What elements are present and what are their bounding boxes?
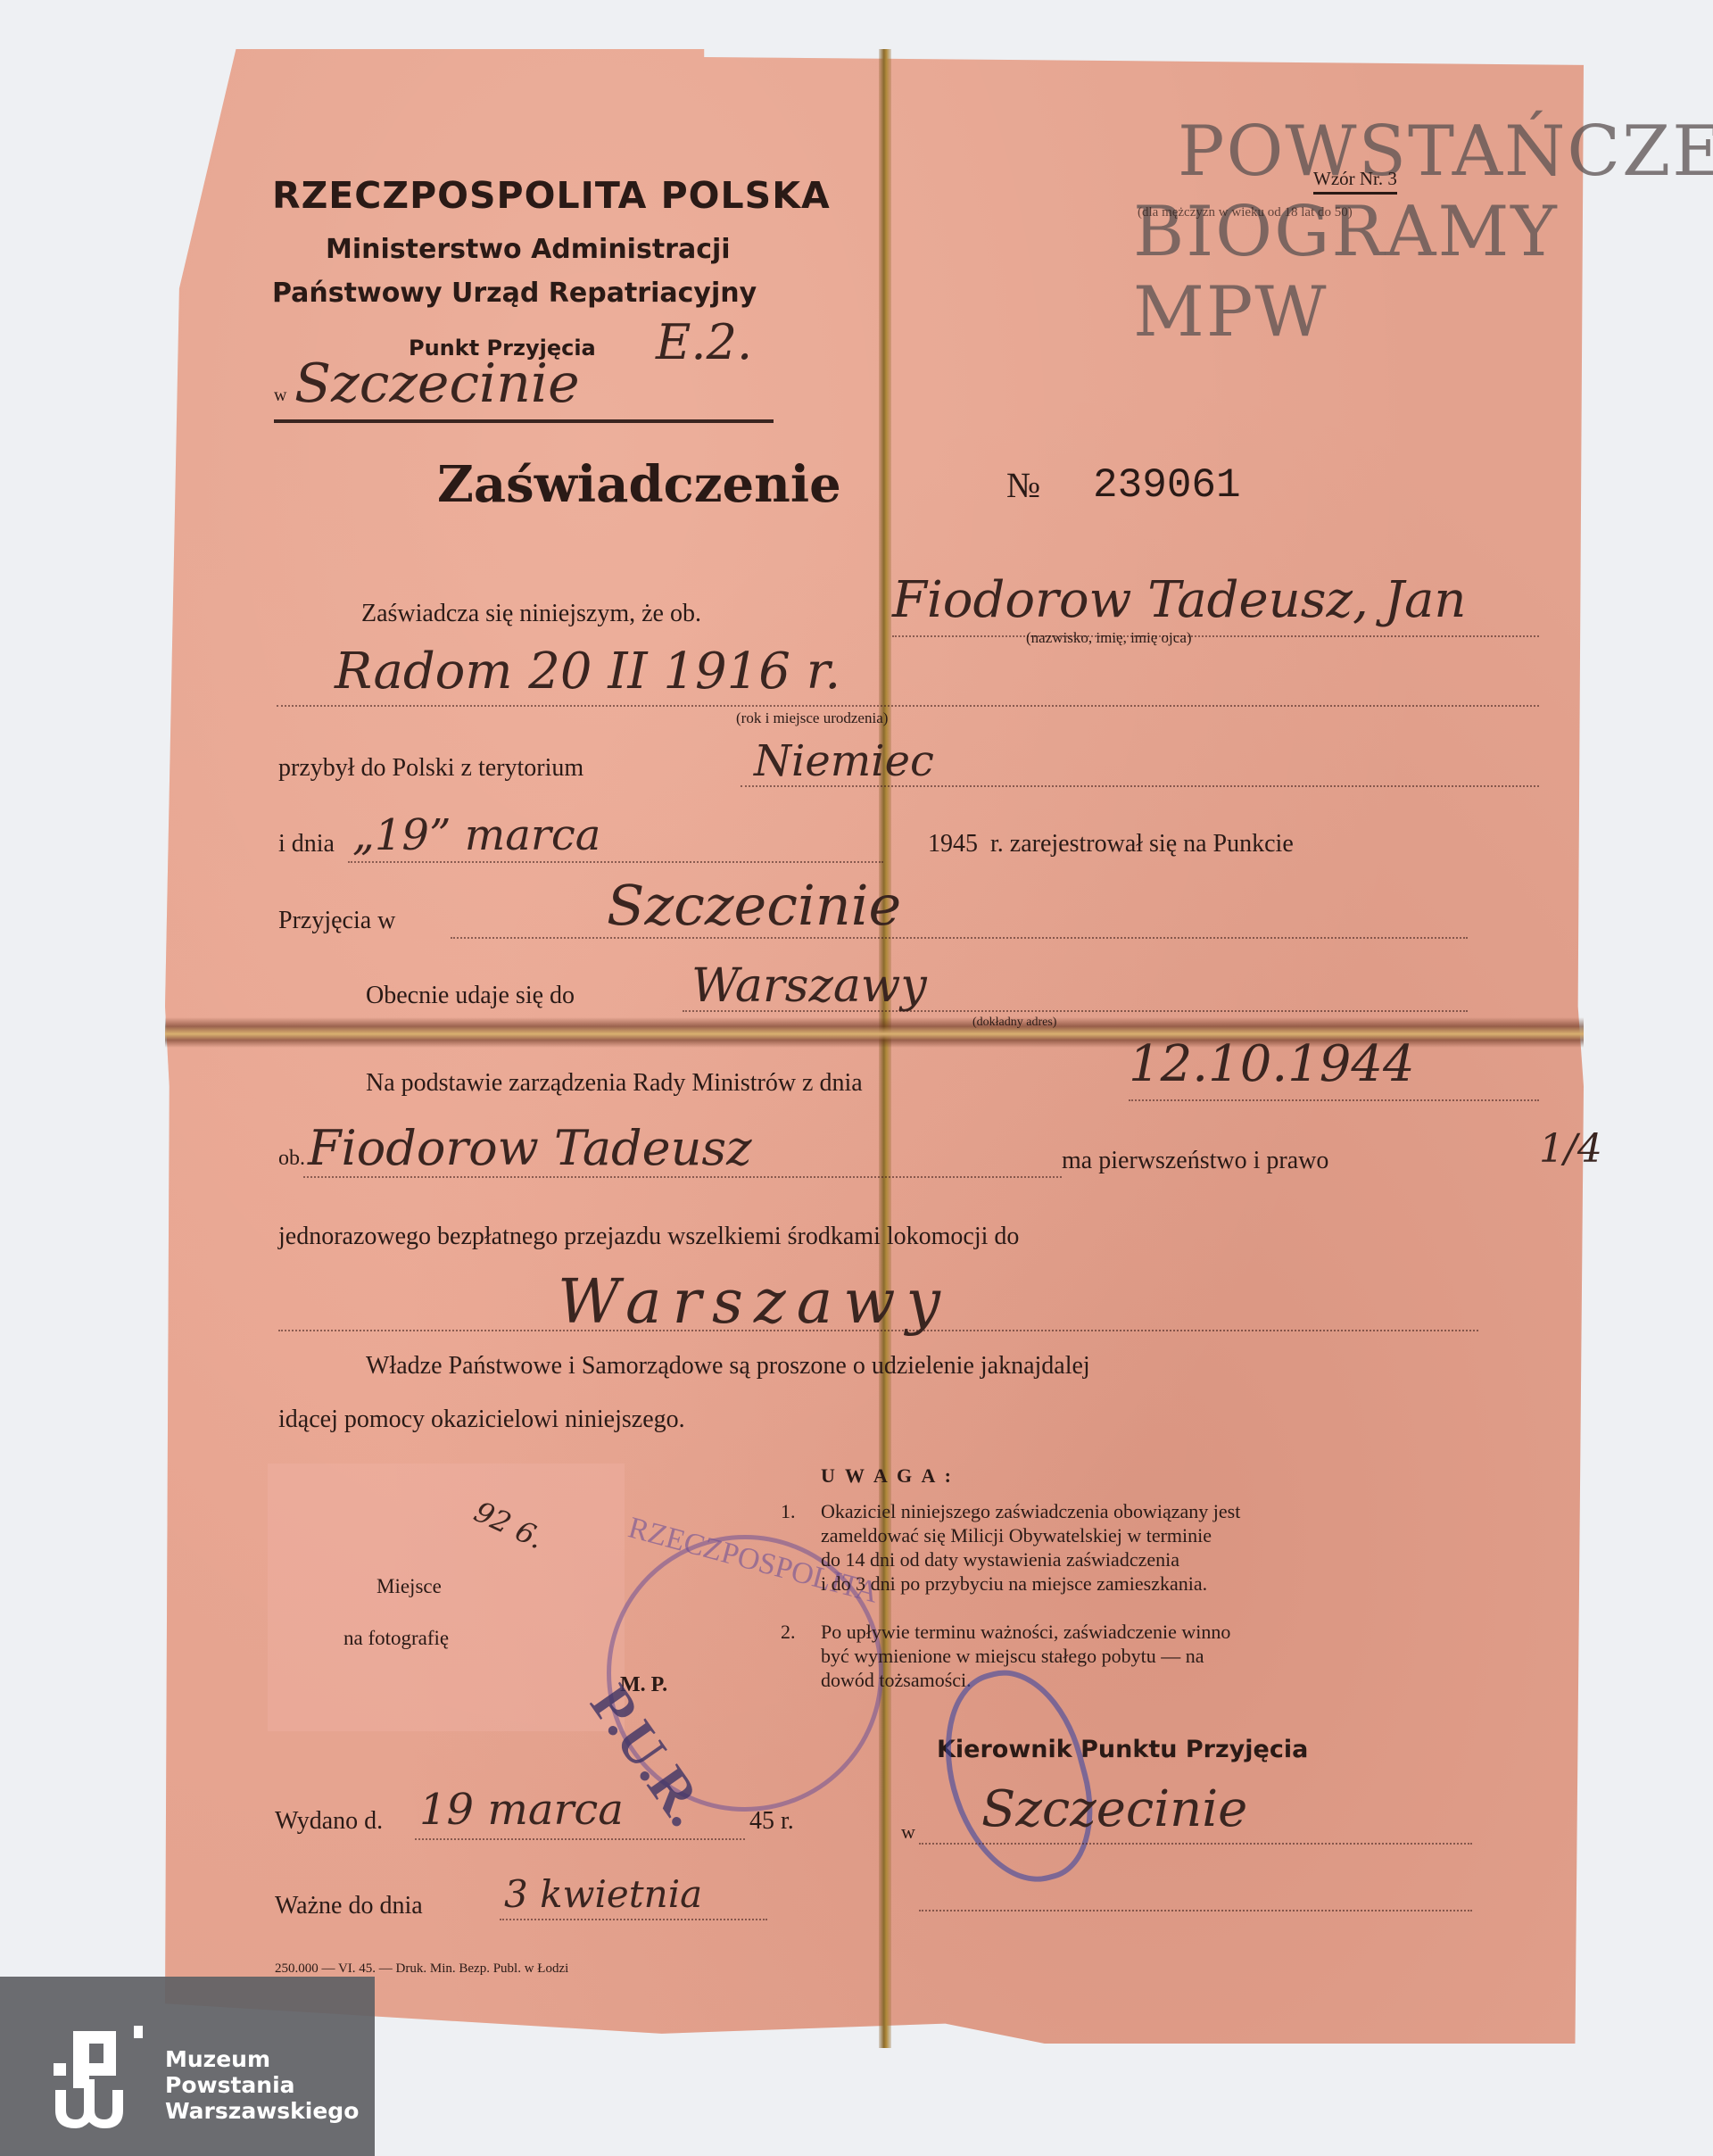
issued-place-prefix: w (901, 1820, 915, 1844)
notice-heading: U W A G A : (821, 1464, 954, 1488)
header-point-code: E.2. (656, 314, 752, 370)
form-number: Wzór Nr. 3 (1313, 168, 1397, 195)
citizen-dotted-line (303, 1176, 1062, 1178)
anchor-logo-icon (54, 2026, 143, 2128)
arrival-date: „19” marca (352, 810, 600, 860)
margin-note: 1/4 (1539, 1126, 1602, 1172)
photo-area (268, 1464, 625, 1731)
valid-date: 3 kwietnia (504, 1872, 702, 1916)
date-label: i dnia (278, 830, 335, 858)
header-country: RZECZPOSPOLITA POLSKA (272, 174, 831, 217)
document-title: Zaświadczenie (437, 455, 841, 514)
arrival-year: 1945 (928, 830, 978, 858)
notice-line: być wymienione w miejscu stałego pobytu … (821, 1644, 1230, 1668)
header-location-prefix: w (274, 386, 286, 406)
notice-line: do 14 dni od daty wystawienia zaświadcze… (821, 1547, 1240, 1571)
going-label: Obecnie udaje się do (366, 982, 575, 1010)
notice-line: zameldować się Milicji Obywatelskiej w t… (821, 1523, 1240, 1547)
birth-dotted-line (277, 705, 1539, 707)
going-dotted-line (683, 1010, 1468, 1012)
issued-place-dotted-line (919, 1843, 1472, 1845)
destination: Warszawy (558, 1267, 951, 1338)
priority-label: ma pierwszeństwo i prawo (1062, 1147, 1328, 1175)
printer-line: 250.000 — VI. 45. — Druk. Min. Bezp. Pub… (275, 1961, 568, 1977)
valid-label: Ważne do dnia (275, 1892, 423, 1920)
decree-dotted-line (1129, 1099, 1539, 1101)
certificate-number: 239061 (1093, 462, 1241, 509)
notice-item-2-num: 2. (781, 1620, 796, 1644)
date-dotted-line (348, 861, 883, 863)
museum-name-line2: Powstania (165, 2072, 359, 2098)
valid-dotted-line (500, 1919, 767, 1920)
decree-label: Na podstawie zarządzenia Rady Ministrów … (366, 1069, 863, 1098)
notice-line: i do 3 dni po przybyciu na miejsce zamie… (821, 1571, 1240, 1596)
museum-name: Muzeum Powstania Warszawskiego (165, 2046, 359, 2124)
name-hint: (nazwisko, imię, imię ojca) (1026, 629, 1192, 647)
notice-item-1-num: 1. (781, 1499, 796, 1523)
arrived-label: przybył do Polski z terytorium (278, 754, 583, 783)
notice-item-1: Okaziciel niniejszego zaświadczenia obow… (821, 1499, 1240, 1596)
museum-name-line1: Muzeum (165, 2046, 359, 2072)
name-dotted-line (892, 635, 1539, 637)
authorities-line1: Władze Państwowe i Samorządowe są proszo… (366, 1352, 1090, 1381)
citizen-prefix: ob. (278, 1147, 305, 1171)
issued-label: Wydano d. (275, 1807, 383, 1836)
photo-label-1: Miejsce (377, 1575, 442, 1598)
registered-label: r. zarejestrował się na Punkcie (990, 830, 1294, 858)
header-location: Szczecinie (294, 352, 580, 415)
reception-dotted-line (451, 937, 1468, 939)
going-hint: (dokładny adres) (972, 1016, 1056, 1030)
form-note: (dla mężczyzn w wieku od 18 lat do 50) (1138, 205, 1450, 220)
decree-date: 12.10.1944 (1129, 1035, 1415, 1093)
citizen-name: Fiodorow Tadeusz (308, 1120, 752, 1176)
arrived-from: Niemiec (754, 736, 934, 786)
header-ministry: Ministerstwo Administracji (326, 234, 731, 265)
issued-year: 45 r. (749, 1807, 794, 1836)
authorities-line2: idącej pomocy okazicielowi niniejszego. (278, 1406, 685, 1434)
travel-label: jednorazowego bezpłatnego przejazdu wsze… (278, 1223, 1019, 1251)
going-to: Warszawy (691, 959, 927, 1013)
header-office: Państwowy Urząd Repatriacyjny (272, 278, 757, 309)
valid-right-dotted-line (919, 1910, 1472, 1911)
header-underline (274, 419, 774, 423)
person-name: Fiodorow Tadeusz, Jan (892, 571, 1466, 629)
museum-logo-box: Muzeum Powstania Warszawskiego (0, 1977, 375, 2156)
photo-label-2: na fotografię (343, 1627, 449, 1650)
issued-dotted-line (415, 1838, 745, 1840)
birth-info: Radom 20 II 1916 r. (335, 643, 840, 701)
destination-dotted-line (278, 1330, 1478, 1331)
certify-label: Zaświadcza się niniejszym, że ob. (361, 600, 701, 628)
birth-hint: (rok i miejsce urodzenia) (736, 709, 888, 727)
reception-label: Przyjęcia w (278, 907, 395, 935)
notice-line: Po upływie terminu ważności, zaświadczen… (821, 1620, 1230, 1644)
issued-date: 19 marca (419, 1785, 624, 1835)
vertical-fold (879, 49, 891, 2048)
museum-name-line3: Warszawskiego (165, 2098, 359, 2124)
number-label: № (1006, 464, 1040, 506)
watermark-line1: POWSTAŃCZE (1178, 112, 1713, 192)
issued-place: Szczecinie (981, 1780, 1247, 1838)
arrived-dotted-line (741, 785, 1539, 787)
notice-line: Okaziciel niniejszego zaświadczenia obow… (821, 1499, 1240, 1523)
reception-place: Szczecinie (607, 873, 901, 938)
